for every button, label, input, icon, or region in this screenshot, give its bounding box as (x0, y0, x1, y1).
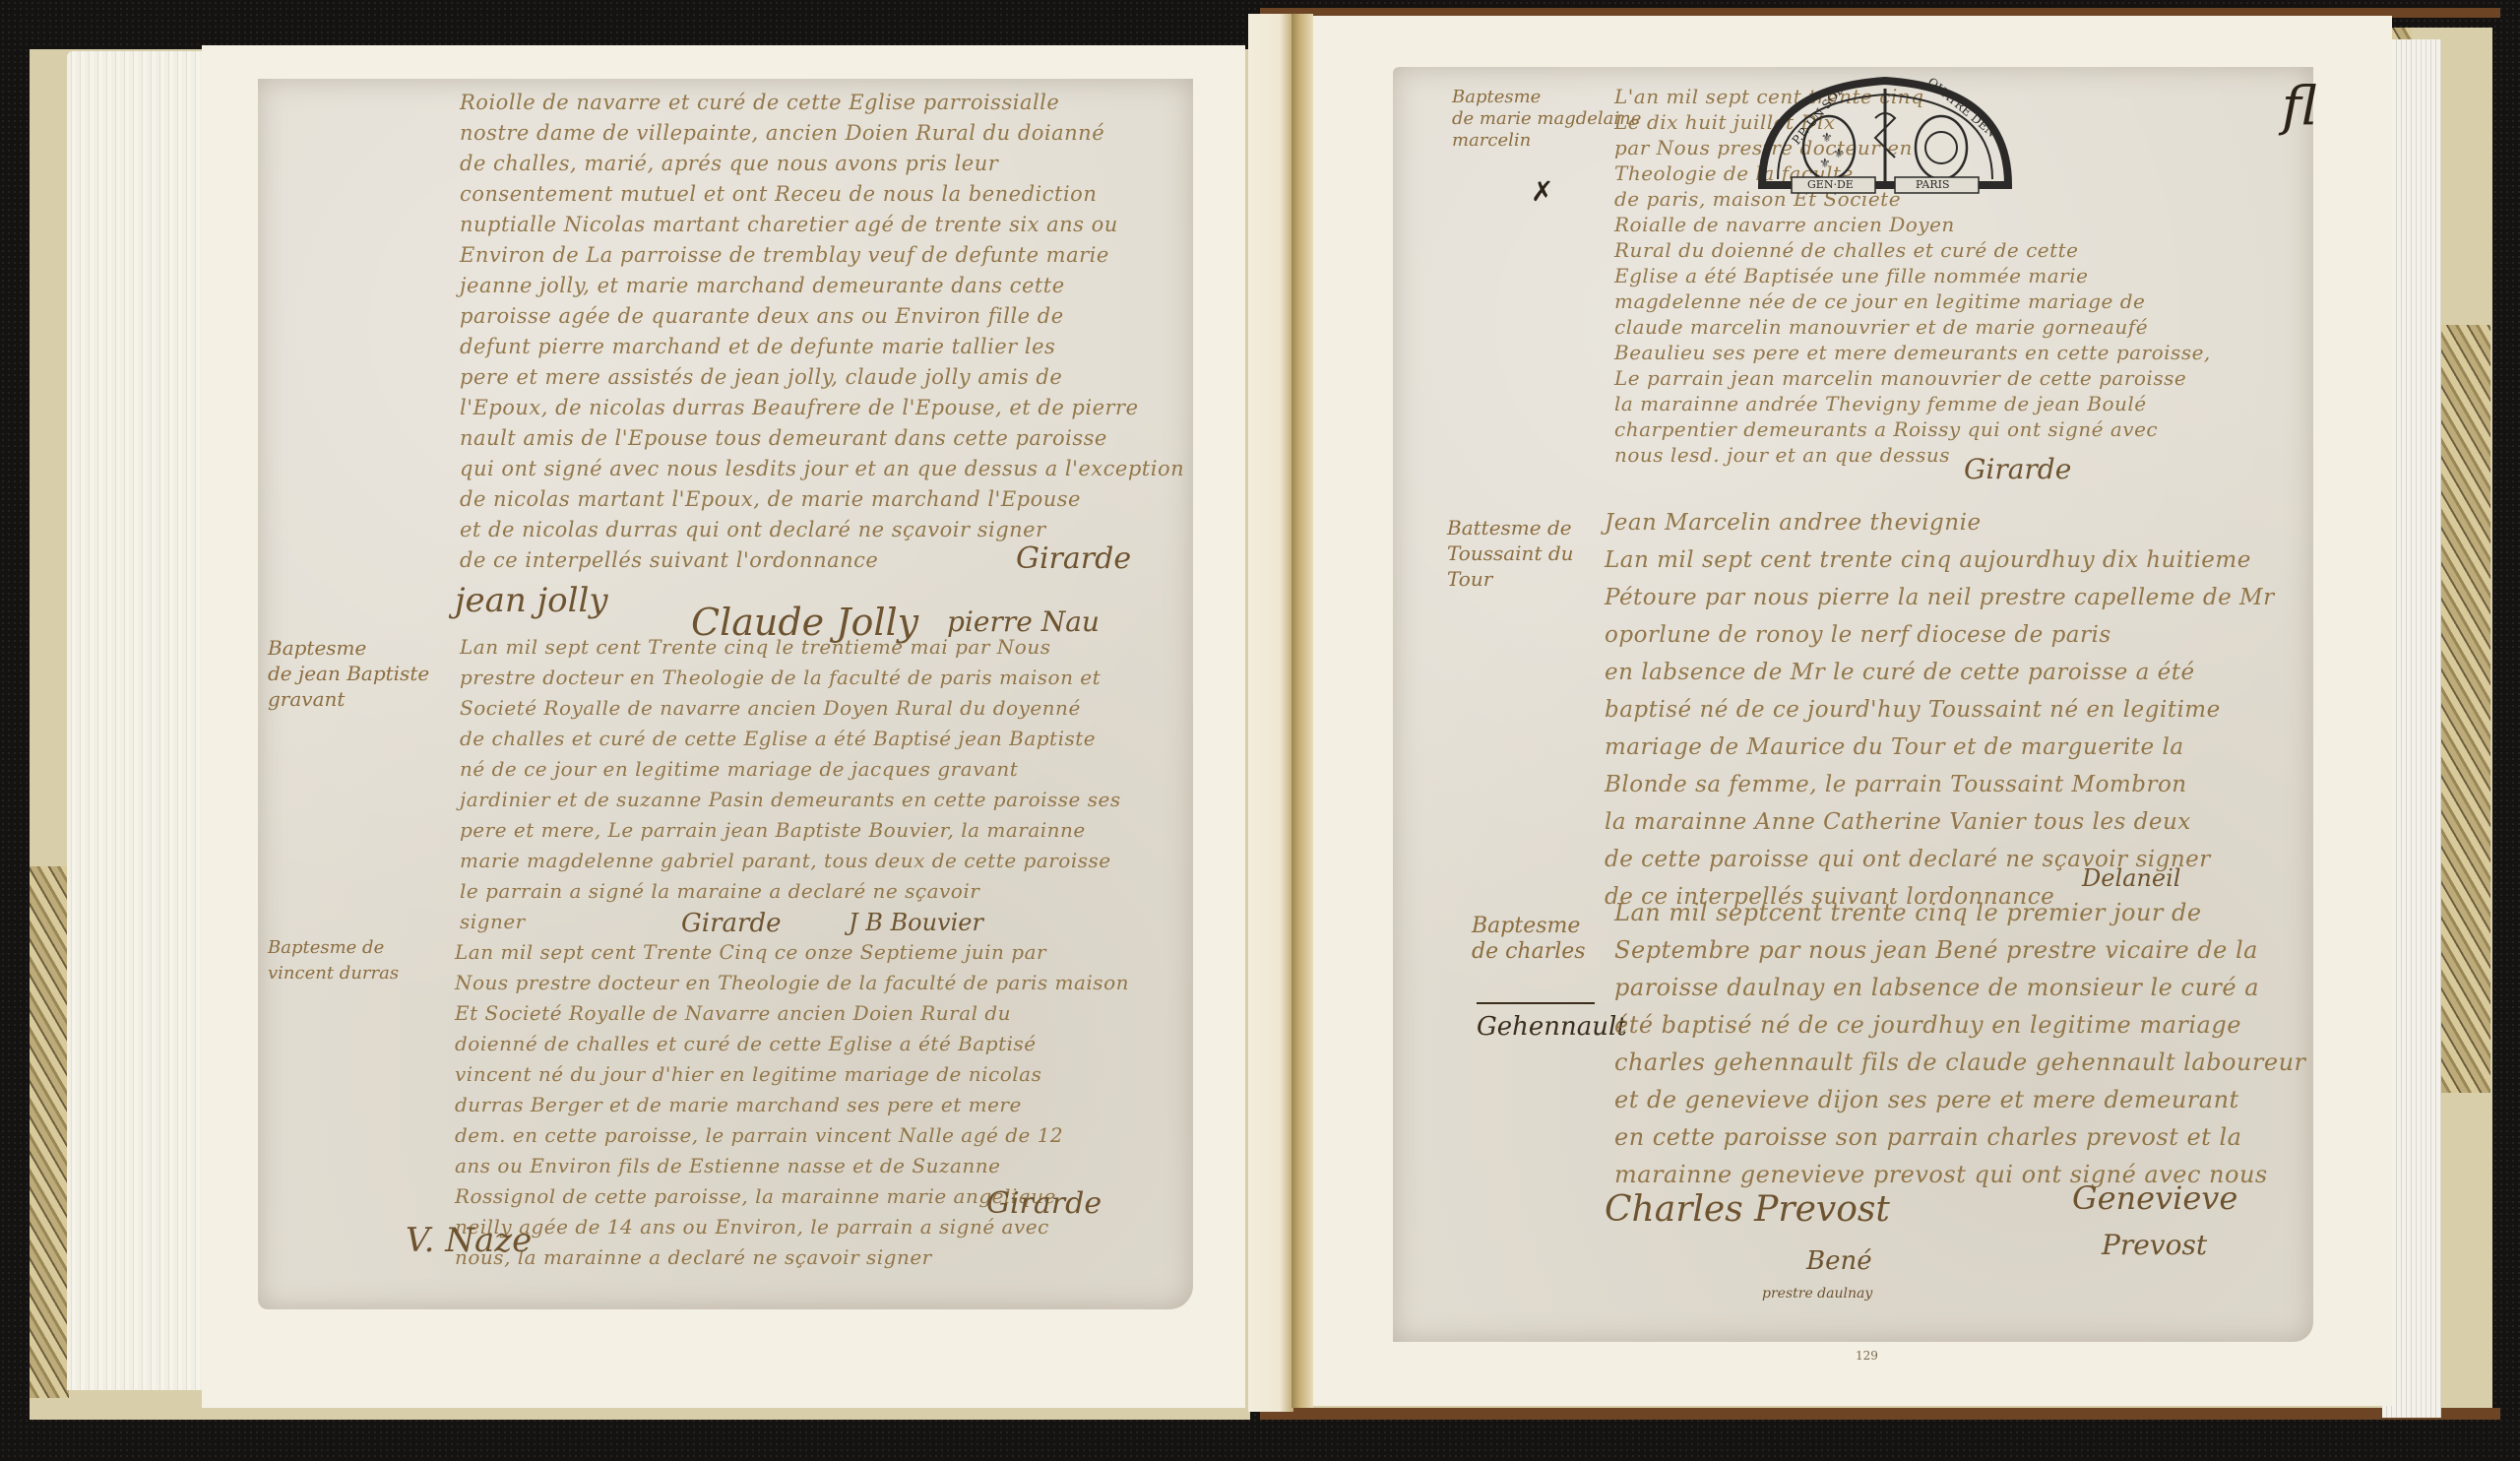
stamp-text-bottom-left: GEN·DE (1807, 178, 1854, 191)
binding-edge-bottom (1260, 1408, 2500, 1420)
manuscript-line: defunt pierre marchand et de defunte mar… (460, 335, 1055, 358)
page-number: 129 (1856, 1349, 1878, 1363)
signature-girarde-1: Girarde (1016, 541, 1131, 576)
signature-jean-jolly: jean jolly (455, 581, 608, 620)
manuscript-line: Roialle de navarre ancien Doyen (1614, 213, 1955, 236)
margin-note-charles: Baptesme de charles (1472, 914, 1586, 965)
manuscript-line: Pétoure par nous pierre la neil prestre … (1605, 585, 2275, 610)
signature-girarde-2: Girarde (681, 909, 781, 938)
manuscript-line: de nicolas martant l'Epoux, de marie mar… (460, 487, 1081, 511)
manuscript-line: nous lesd. jour et an que dessus (1614, 443, 1950, 467)
manuscript-line: marie magdelenne gabriel parant, tous de… (460, 849, 1111, 872)
manuscript-line: Lan mil sept cent Trente cinq le trentie… (460, 635, 1050, 659)
manuscript-line: la marainne andrée Thevigny femme de jea… (1614, 392, 2147, 415)
marbled-endpaper-right (2441, 325, 2490, 1093)
manuscript-line: de challes, marié, aprés que nous avons … (460, 152, 998, 175)
manuscript-line: claude marcelin manouvrier et de marie g… (1614, 315, 2148, 339)
manuscript-line: de challes et curé de cette Eglise a été… (460, 727, 1096, 750)
signature-naze: V. Naze (406, 1221, 532, 1260)
manuscript-line: Et Societé Royalle de Navarre ancien Doi… (455, 1001, 1011, 1025)
signature-prestre-daulnay: prestre daulnay (1762, 1286, 1872, 1302)
manuscript-line: charles gehennault fils de claude gehenn… (1614, 1048, 2306, 1076)
right-manuscript-sheet: Baptesme de marie magdelaine marcelin L'… (1393, 67, 2313, 1342)
manuscript-line: né de ce jour en legitime mariage de jac… (460, 757, 1018, 781)
manuscript-line: signer (460, 910, 526, 933)
margin-note-vincent-durras: Baptesme de vincent durras (268, 935, 399, 986)
stamp-text-bottom-right: PARIS (1916, 178, 1950, 191)
book-gutter (1291, 14, 1313, 1408)
manuscript-line: Rural du doienné de challes et curé de c… (1614, 238, 2079, 262)
manuscript-line: Eglise a été Baptisée une fille nommée m… (1614, 264, 2088, 287)
left-manuscript-sheet: Roiolle de navarre et curé de cette Egli… (258, 79, 1193, 1309)
manuscript-line: Septembre par nous jean Bené prestre vic… (1614, 936, 2258, 964)
folio-mark: fl (2282, 75, 2317, 137)
manuscript-line: qui ont signé avec nous lesdits jour et … (460, 457, 1184, 480)
manuscript-line: nuptialle Nicolas martant charetier agé … (460, 213, 1118, 236)
marbled-endpaper-left (30, 866, 69, 1398)
manuscript-line: en cette paroisse son parrain charles pr… (1614, 1123, 2241, 1151)
svg-text:⚜: ⚜ (1819, 157, 1831, 171)
manuscript-line: le parrain a signé la maraine a declaré … (460, 879, 979, 903)
manuscript-line: paroisse agée de quarante deux ans ou En… (460, 304, 1064, 328)
manuscript-line: Nous prestre docteur en Theologie de la … (455, 971, 1129, 994)
manuscript-line: Lan mil sept cent trente cinq aujourdhuy… (1605, 547, 2251, 573)
margin-signature-gehennault: Gehennault (1477, 1012, 1627, 1042)
manuscript-line: durras Berger et de marie marchand ses p… (455, 1093, 1022, 1116)
manuscript-line: Rossignol de cette paroisse, la marainne… (455, 1184, 1056, 1208)
manuscript-line: vincent né du jour d'hier en legitime ma… (455, 1062, 1041, 1086)
manuscript-line: et de nicolas durras qui ont declaré ne … (460, 518, 1046, 541)
manuscript-line: prestre docteur en Theologie de la facul… (460, 666, 1101, 689)
signature-girarde-3: Girarde (986, 1186, 1102, 1221)
manuscript-line: jardinier et de suzanne Pasin demeurants… (460, 788, 1121, 811)
manuscript-line: oporlune de ronoy le nerf diocese de par… (1605, 622, 2111, 648)
signature-charles-prevost: Charles Prevost (1605, 1189, 1890, 1230)
manuscript-line: dem. en cette paroisse, le parrain vince… (455, 1123, 1063, 1147)
manuscript-line: l'Epoux, de nicolas durras Beaufrere de … (460, 396, 1139, 419)
svg-text:⚜: ⚜ (1821, 131, 1833, 146)
spine-shadow (1248, 14, 1293, 1412)
manuscript-line: magdelenne née de ce jour en legitime ma… (1614, 289, 2145, 313)
manuscript-line: en labsence de Mr le curé de cette paroi… (1605, 660, 2195, 685)
manuscript-line: baptisé né de ce jourd'huy Toussaint né … (1605, 697, 2221, 723)
manuscript-line: mariage de Maurice du Tour et de marguer… (1605, 734, 2184, 760)
tax-stamp: ⚜ ⚜ ⚜ P.P. UN SOL QUATRE DEN GEN·DE PARI… (1742, 69, 2028, 202)
manuscript-line: Lan mil sept cent Trente Cinq ce onze Se… (455, 940, 1046, 964)
manuscript-line: jeanne jolly, et marie marchand demeuran… (460, 274, 1065, 297)
manuscript-line: ans ou Environ fils de Estienne nasse et… (455, 1154, 1001, 1177)
signature-pierre-nau: pierre Nau (947, 605, 1100, 638)
manuscript-line: neilly agée de 14 ans ou Environ, le par… (455, 1215, 1049, 1239)
manuscript-line: consentement mutuel et ont Receu de nous… (460, 182, 1097, 206)
svg-text:⚜: ⚜ (1833, 147, 1845, 161)
manuscript-line: nostre dame de villepainte, ancien Doien… (460, 121, 1104, 145)
manuscript-line: paroisse daulnay en labsence de monsieur… (1614, 974, 2259, 1001)
strikethrough-line (1477, 1002, 1595, 1004)
manuscript-line: pere et mere, Le parrain jean Baptiste B… (460, 818, 1086, 842)
manuscript-line: Beaulieu ses pere et mere demeurants en … (1614, 341, 2211, 364)
manuscript-line: Lan mil septcent trente cinq le premier … (1614, 899, 2202, 926)
manuscript-line: de ce interpellés suivant l'ordonnance (460, 548, 878, 572)
manuscript-line: Le parrain jean marcelin manouvrier de c… (1614, 366, 2186, 390)
manuscript-line: Jean Marcelin andree thevignie (1605, 510, 1982, 536)
manuscript-line: Roiolle de navarre et curé de cette Egli… (460, 91, 1059, 114)
manuscript-line: charpentier demeurants a Roissy qui ont … (1614, 417, 2158, 441)
signature-girarde-4: Girarde (1964, 453, 2071, 485)
page-edges-left (67, 51, 215, 1390)
manuscript-line: Societé Royalle de navarre ancien Doyen … (460, 696, 1081, 720)
margin-note-jean-baptiste: Baptesme de jean Baptiste gravant (268, 635, 429, 712)
signature-bene: Bené (1806, 1246, 1872, 1276)
signature-bouvier: J B Bouvier (849, 909, 983, 936)
manuscript-line: doienné de challes et curé de cette Egli… (455, 1032, 1037, 1055)
manuscript-line: Environ de La parroisse de tremblay veuf… (460, 243, 1109, 267)
signature-prevost: Prevost (2102, 1229, 2207, 1261)
margin-note-toussaint-du-tour: Battesme de Toussaint du Tour (1447, 515, 1574, 592)
manuscript-line: été baptisé né de ce jourdhuy en legitim… (1614, 1011, 2241, 1039)
cross-mark: ✗ (1531, 175, 1553, 208)
signature-genevieve: Genevieve (2072, 1179, 2237, 1217)
manuscript-line: Blonde sa femme, le parrain Toussaint Mo… (1605, 772, 2187, 797)
manuscript-line: la marainne Anne Catherine Vanier tous l… (1605, 809, 2191, 835)
signature-delaneil: Delaneil (2082, 864, 2180, 892)
manuscript-line: nault amis de l'Epouse tous demeurant da… (460, 426, 1107, 450)
manuscript-line: et de genevieve dijon ses pere et mere d… (1614, 1086, 2239, 1113)
manuscript-line: pere et mere assistés de jean jolly, cla… (460, 365, 1062, 389)
margin-note-marie-magdelaine: Baptesme de marie magdelaine marcelin (1452, 87, 1641, 152)
